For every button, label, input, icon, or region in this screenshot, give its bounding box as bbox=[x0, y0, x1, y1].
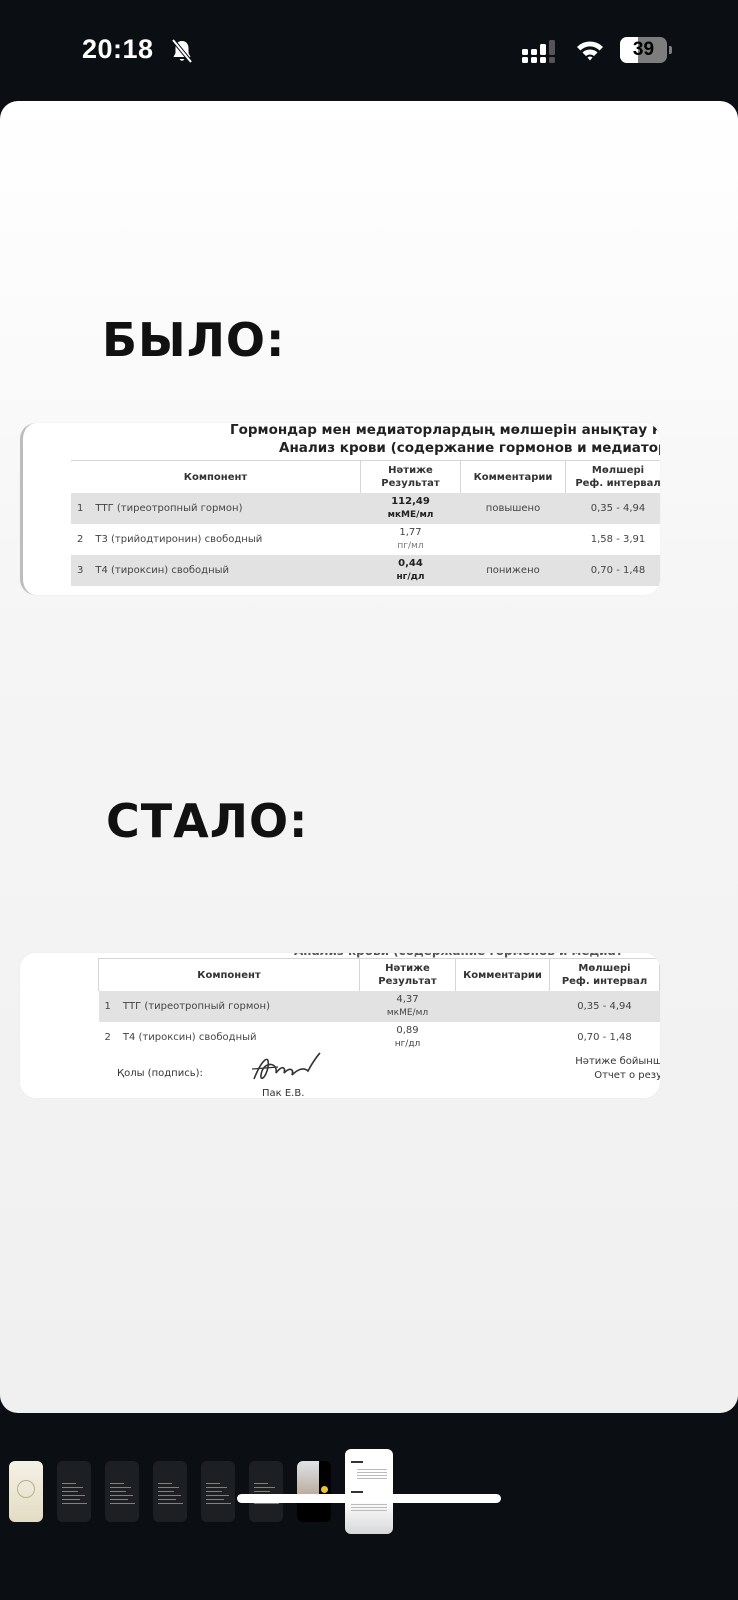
comment: понижено bbox=[461, 555, 566, 586]
result-value: 0,44нг/дл bbox=[361, 555, 461, 586]
table-row: 1ТТГ (тиреотропный гормон)112,49мкМЕ/млп… bbox=[71, 493, 660, 524]
value-unit: пг/мл bbox=[397, 541, 423, 551]
component-name: Т4 (тироксин) свободный bbox=[89, 555, 360, 586]
result-value: 1,77пг/мл bbox=[361, 524, 461, 555]
signature-label: Қолы (подпись): bbox=[117, 1068, 203, 1079]
col-comment: Комментарии bbox=[461, 461, 566, 494]
wifi-icon bbox=[575, 38, 605, 62]
component-name: ТТГ (тиреотропный гормон) bbox=[89, 493, 360, 524]
signer-name: Пак Е.В. bbox=[262, 1088, 304, 1098]
footer-line-ru: Отчет о резу bbox=[575, 1069, 660, 1083]
thumbnail-review-2[interactable] bbox=[249, 1461, 283, 1522]
after-lab-result-image: Анализ крови (содержание гормонов и меди… bbox=[20, 953, 660, 1098]
status-bar: 20:18 39 bbox=[0, 0, 738, 100]
reference-interval: 0,70 - 1,48 bbox=[550, 1022, 660, 1053]
story-slide[interactable]: БЫЛО: Гормондар мен медиаторлардың мөлше… bbox=[0, 101, 738, 1413]
highlight-star-icon bbox=[17, 1480, 35, 1498]
value-number: 0,89 bbox=[396, 1025, 418, 1036]
table-row: 1ТТГ (тиреотропный гормон)4,37мкМЕ/мл0,3… bbox=[99, 991, 660, 1022]
comment bbox=[456, 991, 550, 1022]
col-reference: Мөлшері Реф. интервал bbox=[566, 461, 661, 494]
reference-interval bbox=[566, 586, 661, 595]
comment bbox=[461, 586, 566, 595]
table-row: 4Анти-ТПО (антитела к микросомальной46,3 bbox=[71, 586, 660, 595]
row-number: 3 bbox=[71, 555, 89, 586]
value-unit: нг/дл bbox=[395, 1039, 421, 1049]
comment: повышено bbox=[461, 493, 566, 524]
thumbnail-review-1[interactable] bbox=[57, 1461, 91, 1522]
thumbnail-before-after[interactable] bbox=[345, 1449, 393, 1534]
footer-note: Нәтиже бойынш Отчет о резу bbox=[575, 1055, 660, 1083]
row-number: 1 bbox=[71, 493, 89, 524]
row-number: 1 bbox=[99, 991, 117, 1022]
reference-interval: 0,35 - 4,94 bbox=[550, 991, 660, 1022]
thumbnail-text-1[interactable] bbox=[105, 1461, 139, 1522]
table-row: 2Т3 (трийодтиронин) свободный1,77пг/мл1,… bbox=[71, 524, 660, 555]
comment bbox=[461, 524, 566, 555]
col-reference: Мөлшері Реф. интервал bbox=[550, 959, 660, 992]
bell-slash-icon bbox=[170, 38, 194, 64]
table-row: 2Т4 (тироксин) свободный0,89нг/дл0,70 - … bbox=[99, 1022, 660, 1053]
value-unit: мкМЕ/мл bbox=[387, 1008, 428, 1018]
story-thumbnail-tray bbox=[0, 1413, 738, 1600]
thumbnail-highlight-cover[interactable] bbox=[9, 1461, 43, 1522]
result-value: 112,49мкМЕ/мл bbox=[361, 493, 461, 524]
result-value: 4,37мкМЕ/мл bbox=[360, 991, 456, 1022]
battery-indicator: 39 bbox=[620, 37, 672, 63]
thumbnail-photo[interactable] bbox=[297, 1461, 331, 1522]
doc-title-ru: Анализ крови (содержание гормонов и меди… bbox=[279, 440, 660, 456]
battery-tip bbox=[669, 46, 672, 54]
col-component: Компонент bbox=[99, 959, 360, 992]
emoji-sticker-icon bbox=[321, 1486, 328, 1493]
value-number: 0,44 bbox=[398, 558, 423, 569]
col-result: Нәтиже Результат bbox=[360, 959, 456, 992]
row-number: 2 bbox=[71, 524, 89, 555]
after-heading: СТАЛО: bbox=[106, 794, 308, 848]
row-number: 2 bbox=[99, 1022, 117, 1053]
signature-mark bbox=[248, 1049, 324, 1087]
value-unit: мкМЕ/мл bbox=[388, 510, 434, 520]
battery-percentage: 39 bbox=[620, 37, 667, 63]
doc-title-kz: Гормондар мен медиаторлардың мөлшерін ан… bbox=[230, 423, 660, 438]
after-results-table: Компонент Нәтиже Результат Комментарии М… bbox=[98, 958, 660, 1053]
comment bbox=[456, 1022, 550, 1053]
value-unit: нг/дл bbox=[396, 572, 424, 582]
before-heading: БЫЛО: bbox=[102, 313, 285, 367]
col-component: Компонент bbox=[71, 461, 361, 494]
battery-icon: 39 bbox=[620, 37, 667, 63]
result-value: 0,89нг/дл bbox=[360, 1022, 456, 1053]
component-name: Т3 (трийодтиронин) свободный bbox=[89, 524, 360, 555]
reference-interval: 0,70 - 1,48 bbox=[566, 555, 661, 586]
component-name: Анти-ТПО (антитела к микросомальной bbox=[89, 586, 360, 595]
thumbnail-text-2[interactable] bbox=[153, 1461, 187, 1522]
cellular-signal-icon bbox=[522, 40, 558, 64]
col-result: Нәтиже Результат bbox=[361, 461, 461, 494]
before-results-table: Компонент Нәтиже Результат Комментарии М… bbox=[71, 460, 660, 595]
reference-interval: 1,58 - 3,91 bbox=[566, 524, 661, 555]
clock: 20:18 bbox=[82, 34, 154, 65]
component-name: ТТГ (тиреотропный гормон) bbox=[117, 991, 360, 1022]
before-lab-result-image: Гормондар мен медиаторлардың мөлшерін ан… bbox=[20, 423, 660, 595]
value-number: 4,37 bbox=[396, 994, 418, 1005]
col-comment: Комментарии bbox=[456, 959, 550, 992]
footer-line-kz: Нәтиже бойынш bbox=[575, 1055, 660, 1069]
photo-preview bbox=[297, 1461, 319, 1497]
thumbnail-text-3[interactable] bbox=[201, 1461, 235, 1522]
result-value: 46,3 bbox=[361, 586, 461, 595]
value-number: 112,49 bbox=[391, 496, 430, 507]
reference-interval: 0,35 - 4,94 bbox=[566, 493, 661, 524]
home-indicator[interactable] bbox=[237, 1494, 501, 1503]
table-row: 3Т4 (тироксин) свободный0,44нг/длпонижен… bbox=[71, 555, 660, 586]
value-number: 1,77 bbox=[399, 527, 421, 538]
row-number: 4 bbox=[71, 586, 89, 595]
